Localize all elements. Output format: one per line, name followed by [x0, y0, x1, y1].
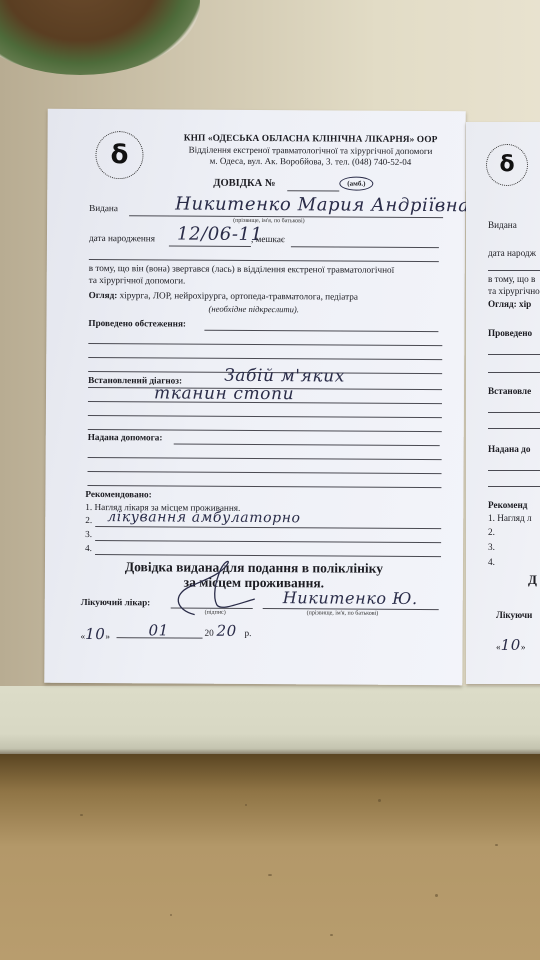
- exam-label: Огляд:: [89, 290, 118, 300]
- window-sill: [0, 686, 540, 754]
- doctor-label: Лікуючий лікар:: [81, 597, 151, 607]
- hospital-logo-icon: δ: [486, 144, 528, 186]
- date-year-prefix: 20: [205, 628, 214, 638]
- help-line: [87, 485, 441, 488]
- rec-line: [95, 526, 441, 529]
- line: [488, 372, 540, 373]
- help-line: [88, 471, 442, 474]
- rec-1: 1. Нагляд л: [488, 513, 532, 523]
- date-suffix: р.: [245, 628, 252, 638]
- line: [488, 486, 540, 487]
- rec-num-4: 4.: [488, 557, 495, 567]
- rec-num: 1.: [85, 502, 92, 512]
- date-day: 10: [85, 625, 105, 643]
- date-row: «10»: [496, 636, 525, 654]
- help-label: Надана до: [488, 444, 530, 454]
- line: [488, 354, 540, 355]
- examinations-label: Проведено обстеження:: [88, 318, 186, 329]
- rec-num-3: 3.: [488, 542, 495, 552]
- patient-name-handwritten: Никитенко Мария Андріївна: [175, 194, 470, 217]
- hospital-logo-icon: δ: [95, 131, 143, 179]
- statement-line-1: в тому, що в: [488, 274, 535, 284]
- dob-label: дата народження: [89, 233, 155, 243]
- floor: [0, 754, 540, 960]
- line: [488, 428, 540, 429]
- form-header: КНП «ОДЕСЬКА ОБЛАСНА КЛІНІЧНА ЛІКАРНЯ» О…: [165, 133, 455, 168]
- statement-line-2: та хірургічно: [488, 286, 540, 296]
- doctor-label: Лікуючи: [496, 610, 532, 620]
- date-month: 01: [149, 621, 169, 639]
- examinations-label: Проведено: [488, 328, 532, 338]
- diagnosis-label: Встановле: [488, 386, 531, 396]
- date-day: 10: [501, 636, 521, 654]
- recommended-label: Рекоменд: [488, 500, 527, 510]
- help-line: [174, 444, 440, 447]
- dob-handwritten: 12/06-11: [177, 224, 263, 246]
- closing-partial: Д: [528, 572, 537, 588]
- dob-line: [169, 245, 251, 247]
- recommendation-2-handwritten: лікування амбулаторно: [107, 509, 300, 526]
- help-label: Надана допомога:: [88, 432, 163, 442]
- line: [488, 470, 540, 471]
- second-certificate-form: δ Видана дата народж в тому, що в та хір…: [466, 122, 540, 684]
- exam-label: Огляд: хір: [488, 299, 531, 309]
- form-title: ДОВІДКА №: [213, 178, 275, 189]
- exam-note: (необхідне підкреслити).: [209, 304, 299, 315]
- date-year-handwritten: 20: [217, 622, 237, 640]
- org-address: м. Одеса, вул. Ак. Воробйова, 3. тел. (0…: [165, 155, 455, 168]
- rec-line: [95, 554, 441, 557]
- exam-value: хірурга, ЛОР, нейрохірурга, ортопеда-тра…: [120, 290, 358, 301]
- examinations-line: [88, 357, 442, 360]
- line: [488, 412, 540, 413]
- rec-num-3: 3.: [85, 529, 92, 539]
- rec-num-2: 2.: [488, 527, 495, 537]
- rec-line: [95, 540, 441, 543]
- rec-num-4: 4.: [85, 543, 92, 553]
- resides-label: , мешкає: [251, 234, 285, 244]
- examinations-line: [88, 343, 442, 346]
- doctor-name-caption: (прізвище, ім'я, по батькові): [307, 610, 379, 616]
- help-line: [88, 457, 442, 460]
- rec-num-2: 2.: [85, 515, 92, 525]
- statement-line-1: в тому, що він (вона) звертався (лась) в…: [89, 263, 394, 275]
- address-line: [89, 259, 439, 262]
- certificate-number-line: [287, 190, 339, 191]
- dob-label: дата народж: [488, 248, 536, 258]
- issued-label: Видана: [488, 220, 517, 230]
- examinations-line: [204, 330, 438, 332]
- date-row: «10»: [80, 625, 110, 643]
- resides-line: [291, 246, 439, 248]
- amb-mark: (амб.): [339, 177, 373, 191]
- recommended-label: Рекомендовано:: [85, 489, 151, 499]
- issued-label: Видана: [89, 203, 118, 213]
- signature-caption: (підпис): [205, 610, 226, 616]
- address-line: [488, 270, 540, 271]
- statement-line-2: та хірургічної допомоги.: [89, 275, 186, 286]
- medical-certificate-form: δ КНП «ОДЕСЬКА ОБЛАСНА КЛІНІЧНА ЛІКАРНЯ»…: [44, 109, 465, 686]
- diagnosis-line: [88, 415, 442, 418]
- doctor-name-handwritten: Никитенко Ю.: [283, 588, 418, 608]
- exam-row: Огляд: хірурга, ЛОР, нейрохірурга, ортоп…: [89, 290, 358, 302]
